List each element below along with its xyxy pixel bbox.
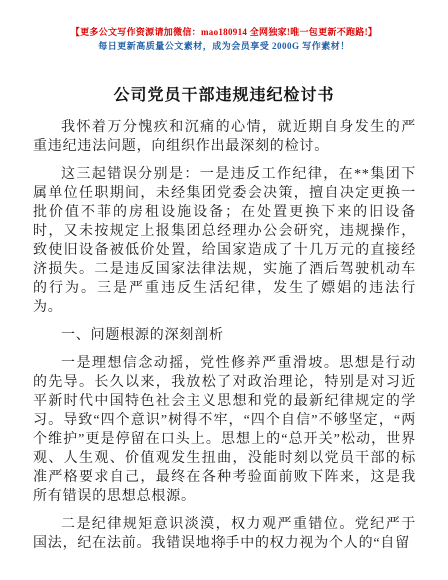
promo-line-blue: 每日更新高质量公文素材，成为会员享受 2000G 写作素材！: [0, 40, 448, 52]
promo-line-red: 【更多公文写作资源请加微信：mao180914 全网独家!唯一包更新不跑路!】: [0, 26, 448, 38]
document-page: 【更多公文写作资源请加微信：mao180914 全网独家!唯一包更新不跑路!】 …: [0, 0, 448, 580]
paragraph-three-mistakes: 这三起错误分别是：一是违反工作纪律，在**集团下属单位任职期间，未经集团党委会决…: [33, 165, 416, 317]
document-body: 我怀着万分愧疚和沉痛的心情，就近期自身发生的严重违纪违法问题，向组织作出最深刻的…: [33, 118, 416, 553]
promo-header: 【更多公文写作资源请加微信：mao180914 全网独家!唯一包更新不跑路!】 …: [0, 0, 448, 52]
section-heading-root-analysis: 一、问题根源的深刻剖析: [33, 326, 416, 345]
page-number: 1: [0, 537, 448, 548]
document-title: 公司党员干部违规违纪检讨书: [0, 82, 448, 105]
paragraph-ideals-beliefs: 一是理想信念动摇，党性修养严重滑坡。思想是行动的先导。长久以来，我放松了对政治理…: [33, 354, 416, 506]
paragraph-intro: 我怀着万分愧疚和沉痛的心情，就近期自身发生的严重违纪违法问题，向组织作出最深刻的…: [33, 118, 416, 156]
